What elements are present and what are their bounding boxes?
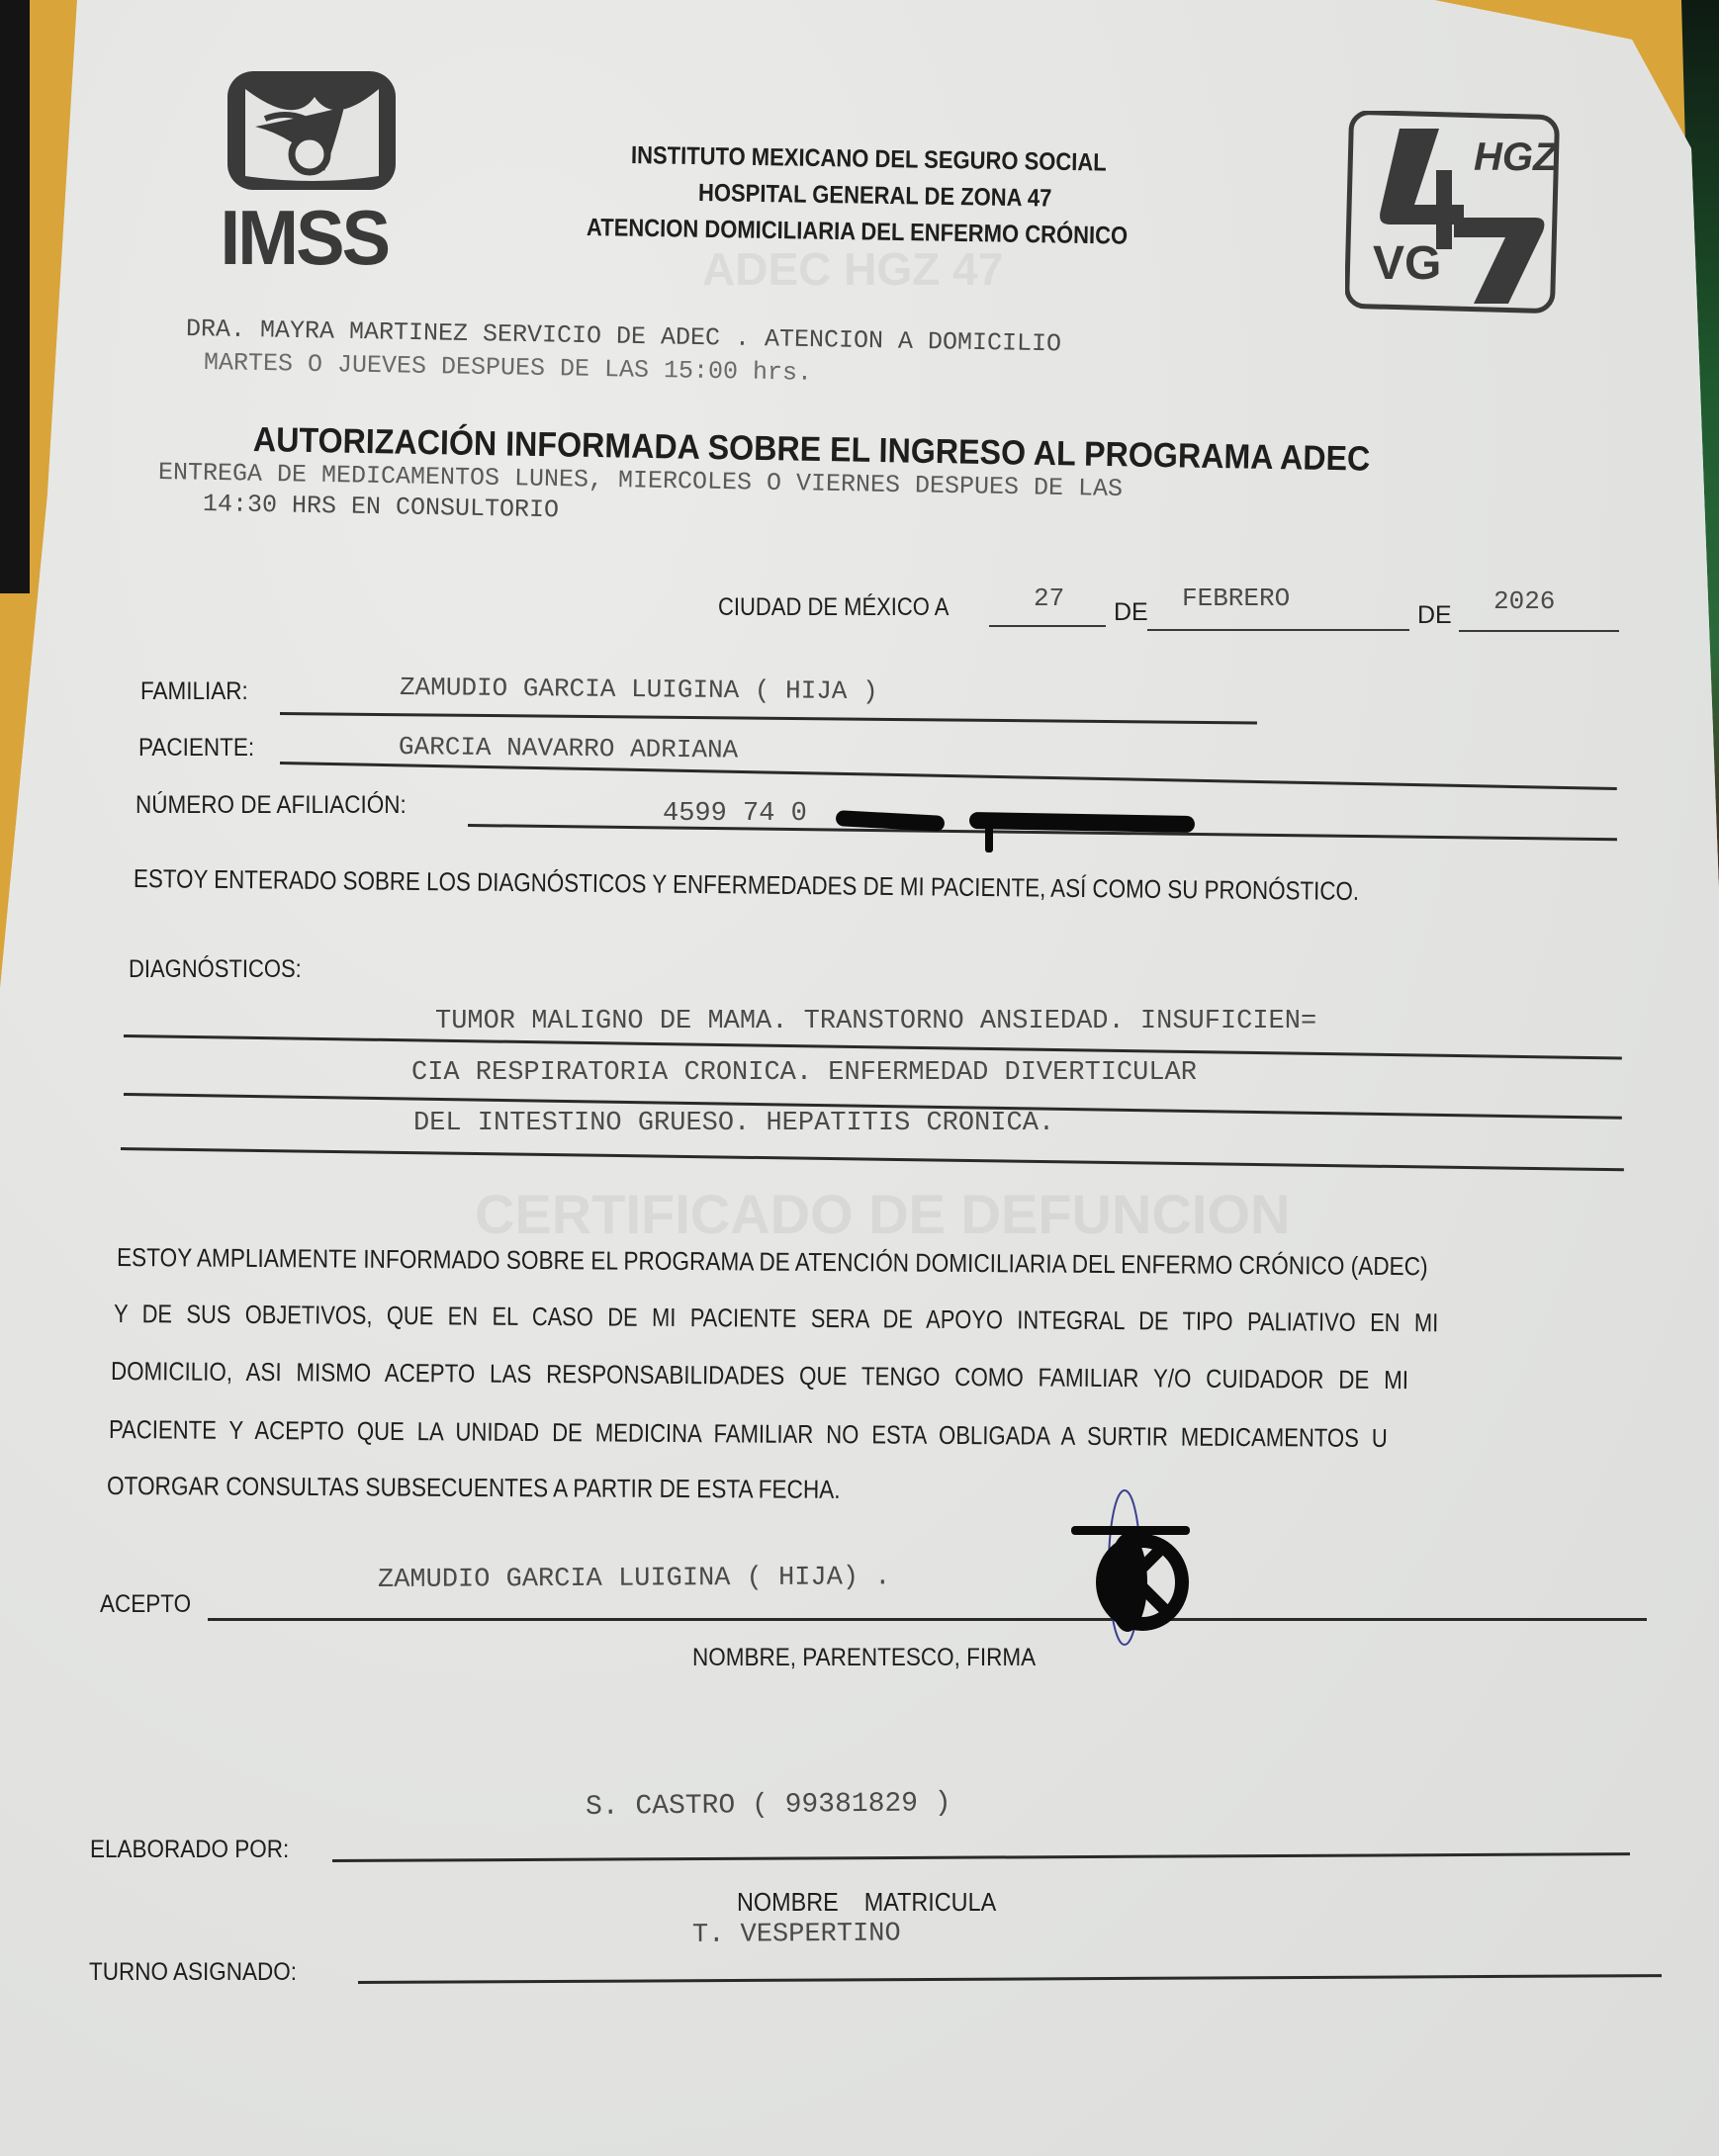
acepto-line [208,1618,1647,1621]
hgz-text: HGZ [1474,135,1559,179]
signature-redacted-icon [1063,1488,1221,1652]
bleed-through-text: CERTIFICADO DE DEFUNCION [475,1182,1290,1246]
bleed-through-text: ADEC HGZ 47 [702,242,1003,296]
diagnostico-line-1[interactable]: TUMOR MALIGNO DE MAMA. TRANSTORNO ANSIED… [435,1007,1316,1036]
diagnostico-rule-1 [124,1034,1622,1059]
paragraph-line-5: OTORGAR CONSULTAS SUBSECUENTES A PARTIR … [107,1471,841,1505]
date-de-label-2: DE [1417,601,1452,630]
statement-informed: ESTOY ENTERADO SOBRE LOS DIAGNÓSTICOS Y … [134,863,1359,907]
turno-label: TURNO ASIGNADO: [89,1958,297,1987]
afiliacion-label: NÚMERO DE AFILIACIÓN: [136,791,407,820]
paragraph-line-3: DOMICILIO, ASI MISMO ACEPTO LAS RESPONSA… [111,1356,1408,1395]
afiliacion-value[interactable]: 4599 74 0 [663,799,807,829]
hgz-47-logo-icon: HGZ VG [1345,111,1563,314]
date-prefix-label: CIUDAD DE MÉXICO A [718,593,949,622]
hospital-name: HOSPITAL GENERAL DE ZONA 47 [698,179,1052,214]
date-month-value[interactable]: FEBRERO [1182,584,1290,613]
acepto-value[interactable]: ZAMUDIO GARCIA LUIGINA ( HIJA) . [378,1563,891,1595]
diagnostico-line-3[interactable]: DEL INTESTINO GRUESO. HEPATITIS CRONICA. [413,1109,1054,1138]
paragraph-line-2: Y DE SUS OBJETIVOS, QUE EN EL CASO DE MI… [114,1299,1438,1338]
medication-delivery-note-2: 14:30 HRS EN CONSULTORIO [203,490,560,524]
elaborado-caption: NOMBRE MATRICULA [737,1887,996,1918]
elaborado-value[interactable]: S. CASTRO ( 99381829 ) [586,1788,951,1823]
paciente-line [280,762,1617,790]
familiar-label: FAMILIAR: [140,677,248,706]
afiliacion-redaction-stroke [985,821,993,853]
turno-value[interactable]: T. VESPERTINO [692,1920,901,1950]
date-day-line [989,625,1106,627]
date-year-value[interactable]: 2026 [1493,586,1555,616]
date-year-line [1459,630,1619,632]
familiar-line [280,712,1257,724]
paragraph-line-1: ESTOY AMPLIAMENTE INFORMADO SOBRE EL PRO… [117,1242,1428,1282]
acepto-caption: NOMBRE, PARENTESCO, FIRMA [692,1644,1036,1672]
imss-logo-text: IMSS [220,193,388,283]
date-de-label: DE [1114,598,1148,627]
paciente-label: PACIENTE: [138,734,254,763]
turno-line [358,1974,1662,1984]
schedule-note: MARTES O JUEVES DESPUES DE LAS 15:00 hrs… [204,348,813,388]
elaborado-label: ELABORADO POR: [90,1836,289,1864]
institution-name: INSTITUTO MEXICANO DEL SEGURO SOCIAL [631,141,1107,178]
date-day-value[interactable]: 27 [1034,584,1064,613]
vg-text: VG [1373,237,1441,290]
familiar-value[interactable]: ZAMUDIO GARCIA LUIGINA ( HIJA ) [400,673,878,706]
folder-shadow [0,0,30,593]
document-page: ADEC HGZ 47 CERTIFICADO DE DEFUNCION IMS… [0,0,1719,2156]
paciente-value[interactable]: GARCIA NAVARRO ADRIANA [399,732,739,765]
elaborado-line [332,1852,1630,1862]
diagnostico-rule-3 [121,1147,1624,1171]
diagnostico-line-2[interactable]: CIA RESPIRATORIA CRONICA. ENFERMEDAD DIV… [411,1058,1197,1088]
acepto-label: ACEPTO [100,1590,191,1619]
paragraph-line-4: PACIENTE Y ACEPTO QUE LA UNIDAD DE MEDIC… [109,1414,1388,1454]
department-name: ATENCION DOMICILIARIA DEL ENFERMO CRÓNIC… [587,214,1129,251]
date-month-line [1147,629,1409,631]
diagnosticos-label: DIAGNÓSTICOS: [129,955,302,984]
